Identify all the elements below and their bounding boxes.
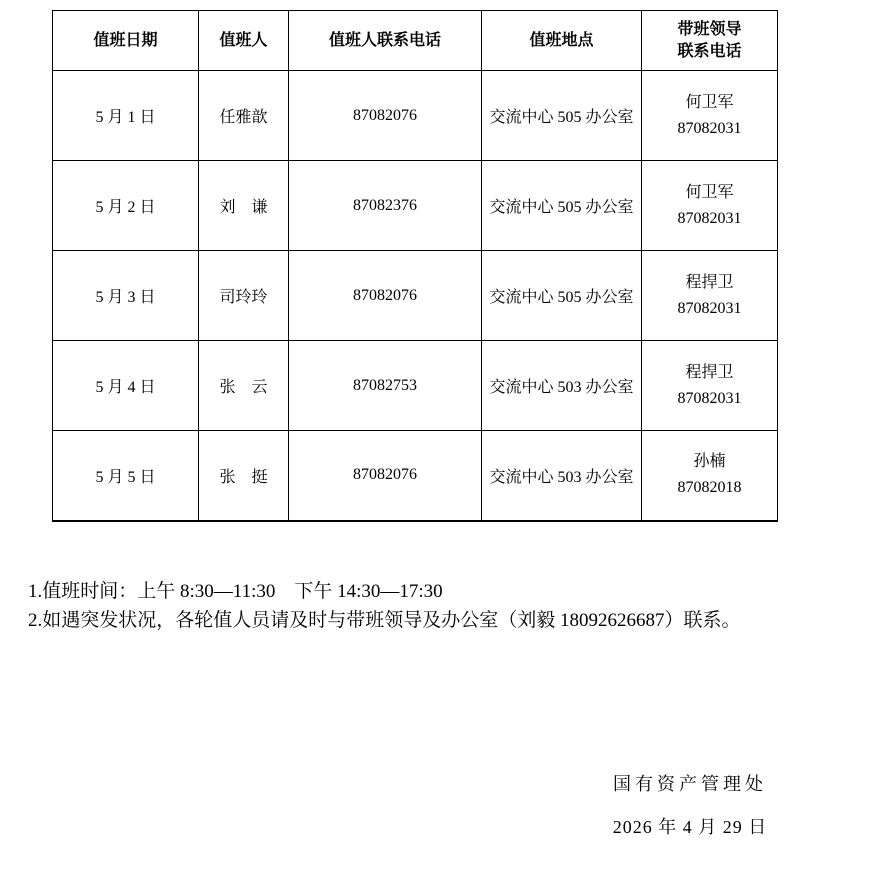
- header-leader-line1: 带班领导: [644, 19, 775, 41]
- cell-date: 5 月 4 日: [53, 341, 199, 431]
- leader-phone: 87082031: [644, 206, 775, 232]
- header-leader-phone: 带班领导 联系电话: [642, 11, 778, 71]
- leader-phone: 87082031: [644, 296, 775, 322]
- header-duty-person: 值班人: [199, 11, 289, 71]
- cell-location: 交流中心 505 办公室: [482, 71, 642, 161]
- cell-phone: 87082076: [289, 431, 482, 521]
- leader-phone: 87082031: [644, 116, 775, 142]
- note-duty-hours: 1.值班时间：上午 8:30—11:30 下午 14:30—17:30: [28, 577, 741, 606]
- notes-section: 1.值班时间：上午 8:30—11:30 下午 14:30—17:30 2.如遇…: [28, 577, 741, 635]
- duty-schedule-document: 值班日期 值班人 值班人联系电话 值班地点 带班领导 联系电话 5 月 1 日 …: [0, 0, 873, 880]
- table-row: 5 月 3 日 司玲玲 87082076 交流中心 505 办公室 程捍卫 87…: [53, 251, 778, 341]
- signature-date: 2026 年 4 月 29 日: [545, 813, 835, 839]
- table-header-row: 值班日期 值班人 值班人联系电话 值班地点 带班领导 联系电话: [53, 11, 778, 71]
- leader-name: 何卫军: [644, 180, 775, 206]
- cell-date: 5 月 3 日: [53, 251, 199, 341]
- cell-date: 5 月 2 日: [53, 161, 199, 251]
- cell-date: 5 月 5 日: [53, 431, 199, 521]
- cell-location: 交流中心 503 办公室: [482, 341, 642, 431]
- leader-name: 何卫军: [644, 90, 775, 116]
- cell-person: 司玲玲: [199, 251, 289, 341]
- cell-phone: 87082076: [289, 71, 482, 161]
- leader-name: 孙楠: [644, 449, 775, 475]
- cell-person: 刘 谦: [199, 161, 289, 251]
- cell-phone: 87082076: [289, 251, 482, 341]
- cell-person: 张 挺: [199, 431, 289, 521]
- cell-leader: 何卫军 87082031: [642, 71, 778, 161]
- cell-person: 任雅歆: [199, 71, 289, 161]
- header-leader-line2: 联系电话: [644, 41, 775, 63]
- cell-phone: 87082753: [289, 341, 482, 431]
- leader-phone: 87082031: [644, 386, 775, 412]
- leader-phone: 87082018: [644, 475, 775, 501]
- cell-leader: 程捍卫 87082031: [642, 341, 778, 431]
- table-row: 5 月 4 日 张 云 87082753 交流中心 503 办公室 程捍卫 87…: [53, 341, 778, 431]
- cell-leader: 程捍卫 87082031: [642, 251, 778, 341]
- leader-name: 程捍卫: [644, 270, 775, 296]
- header-person-phone: 值班人联系电话: [289, 11, 482, 71]
- cell-date: 5 月 1 日: [53, 71, 199, 161]
- leader-name: 程捍卫: [644, 360, 775, 386]
- table-row: 5 月 5 日 张 挺 87082076 交流中心 503 办公室 孙楠 870…: [53, 431, 778, 521]
- duty-schedule-table: 值班日期 值班人 值班人联系电话 值班地点 带班领导 联系电话 5 月 1 日 …: [52, 10, 778, 522]
- cell-phone: 87082376: [289, 161, 482, 251]
- table-row: 5 月 2 日 刘 谦 87082376 交流中心 505 办公室 何卫军 87…: [53, 161, 778, 251]
- signature-department: 国有资产管理处: [545, 770, 835, 796]
- cell-person: 张 云: [199, 341, 289, 431]
- cell-location: 交流中心 503 办公室: [482, 431, 642, 521]
- header-duty-location: 值班地点: [482, 11, 642, 71]
- header-duty-date: 值班日期: [53, 11, 199, 71]
- table-row: 5 月 1 日 任雅歆 87082076 交流中心 505 办公室 何卫军 87…: [53, 71, 778, 161]
- cell-location: 交流中心 505 办公室: [482, 161, 642, 251]
- cell-leader: 孙楠 87082018: [642, 431, 778, 521]
- cell-location: 交流中心 505 办公室: [482, 251, 642, 341]
- note-emergency-contact: 2.如遇突发状况，各轮值人员请及时与带班领导及办公室（刘毅 1809262668…: [28, 606, 741, 635]
- cell-leader: 何卫军 87082031: [642, 161, 778, 251]
